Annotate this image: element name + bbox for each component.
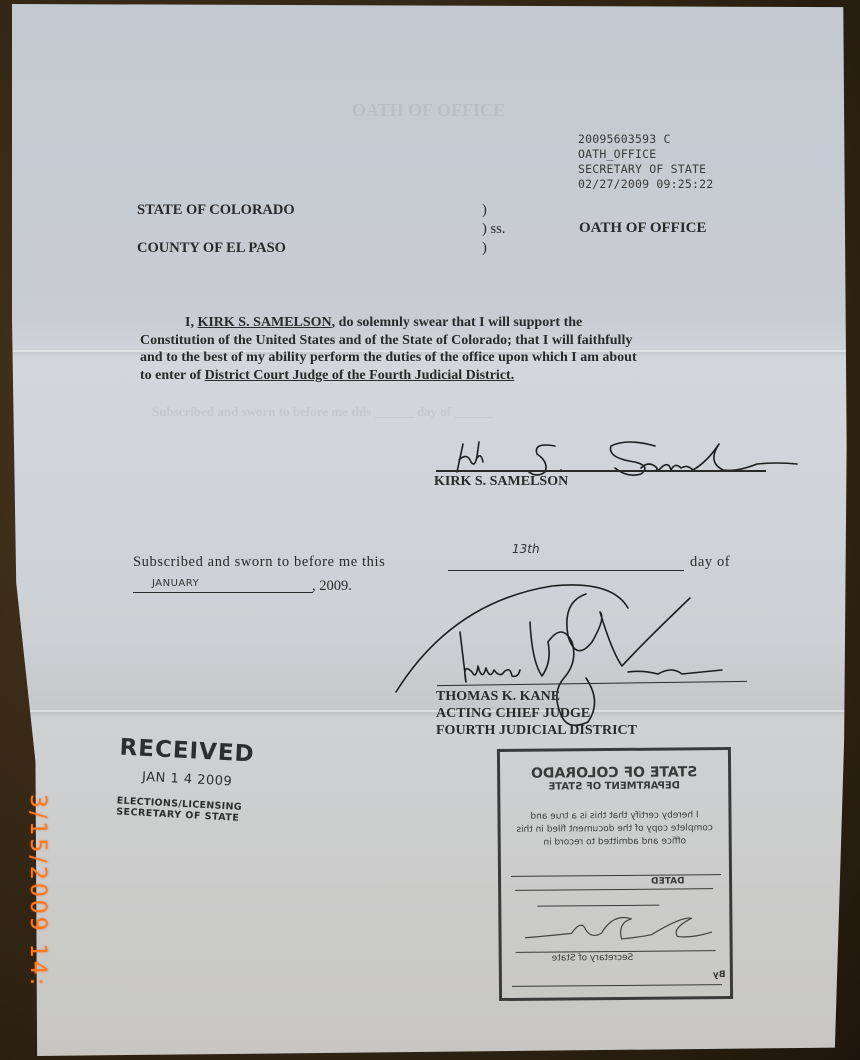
jurat-year: , 2009.	[312, 578, 352, 596]
cert-signer-title: Secretary of State	[552, 953, 634, 964]
office-name: District Court Judge of the Fourth Judic…	[205, 368, 515, 383]
officer-name: THOMAS K. KANE	[436, 688, 637, 705]
jurat-month-handwritten: JANUARY	[152, 578, 199, 589]
filing-stamp: 20095603593 C OATH_OFFICE SECRETARY OF S…	[578, 132, 713, 192]
received-stamp: RECEIVED JAN 1 4 2009 ELECTIONS/LICENSIN…	[116, 735, 255, 825]
officer-block: THOMAS K. KANE ACTING CHIEF JUDGE FOURTH…	[436, 688, 637, 739]
certification-stamp: STATE OF COLORADO DEPARTMENT OF STATE I …	[497, 747, 733, 1001]
cert-line	[512, 984, 722, 987]
caption-ss: ) ss.	[482, 221, 505, 238]
oath-prefix: I,	[185, 315, 197, 330]
jurat-day-handwritten: 13th	[512, 542, 540, 556]
jurat-month-line	[133, 592, 313, 593]
secretary-signature	[521, 908, 721, 950]
oath-line2: Constitution of the United States and of…	[140, 332, 760, 350]
filing-number: 20095603593 C	[578, 132, 713, 147]
caption-state: STATE OF COLORADO	[137, 202, 295, 219]
received-label: RECEIVED	[119, 735, 255, 768]
affiant-printed-name: KIRK S. SAMELSON	[434, 474, 568, 490]
cert-dated: DATED	[651, 876, 685, 886]
cert-line	[537, 905, 659, 907]
bleed-through-text: OATH OF OFFICE	[352, 100, 505, 121]
oath-line3: and to the best of my ability perform th…	[140, 349, 760, 367]
officer-district: FOURTH JUDICIAL DISTRICT	[436, 722, 637, 739]
caption-paren-bottom: )	[482, 240, 487, 257]
jurat-text: Subscribed and sworn to before me this	[133, 554, 385, 572]
document-title: OATH OF OFFICE	[579, 220, 707, 237]
caption-paren-top: )	[482, 202, 487, 219]
bleed-through-text: Subscribed and sworn to before me this _…	[152, 404, 752, 420]
jurat-day-of: day of	[690, 554, 730, 572]
affiant-signature-line	[436, 470, 766, 472]
cert-state: STATE OF COLORADO	[500, 764, 728, 782]
cert-line	[511, 874, 721, 877]
oath-line1: , do solemnly swear that I will support …	[332, 315, 583, 330]
received-date: JAN 1 4 2009	[142, 770, 254, 791]
oath-line4-prefix: to enter of	[140, 368, 205, 383]
cert-by: By	[713, 970, 726, 980]
jurat-day-line	[448, 570, 684, 571]
filing-type: OATH_OFFICE	[578, 147, 713, 162]
cert-dept: DEPARTMENT OF STATE	[500, 780, 728, 793]
filing-datetime: 02/27/2009 09:25:22	[578, 177, 713, 192]
officer-title: ACTING CHIEF JUDGE	[436, 705, 637, 722]
filing-office: SECRETARY OF STATE	[578, 162, 713, 177]
affiant-name: KIRK S. SAMELSON	[197, 315, 331, 330]
oath-paragraph: I, KIRK S. SAMELSON, do solemnly swear t…	[140, 314, 760, 384]
camera-timestamp: 3/15/2009 14:	[14, 794, 50, 988]
caption-county: COUNTY OF EL PASO	[137, 240, 286, 257]
cert-body: I hereby certify that this is a true and…	[512, 809, 716, 850]
oath-document-page: OATH OF OFFICE Subscribed and sworn to b…	[12, 4, 850, 1056]
cert-line	[515, 888, 713, 891]
